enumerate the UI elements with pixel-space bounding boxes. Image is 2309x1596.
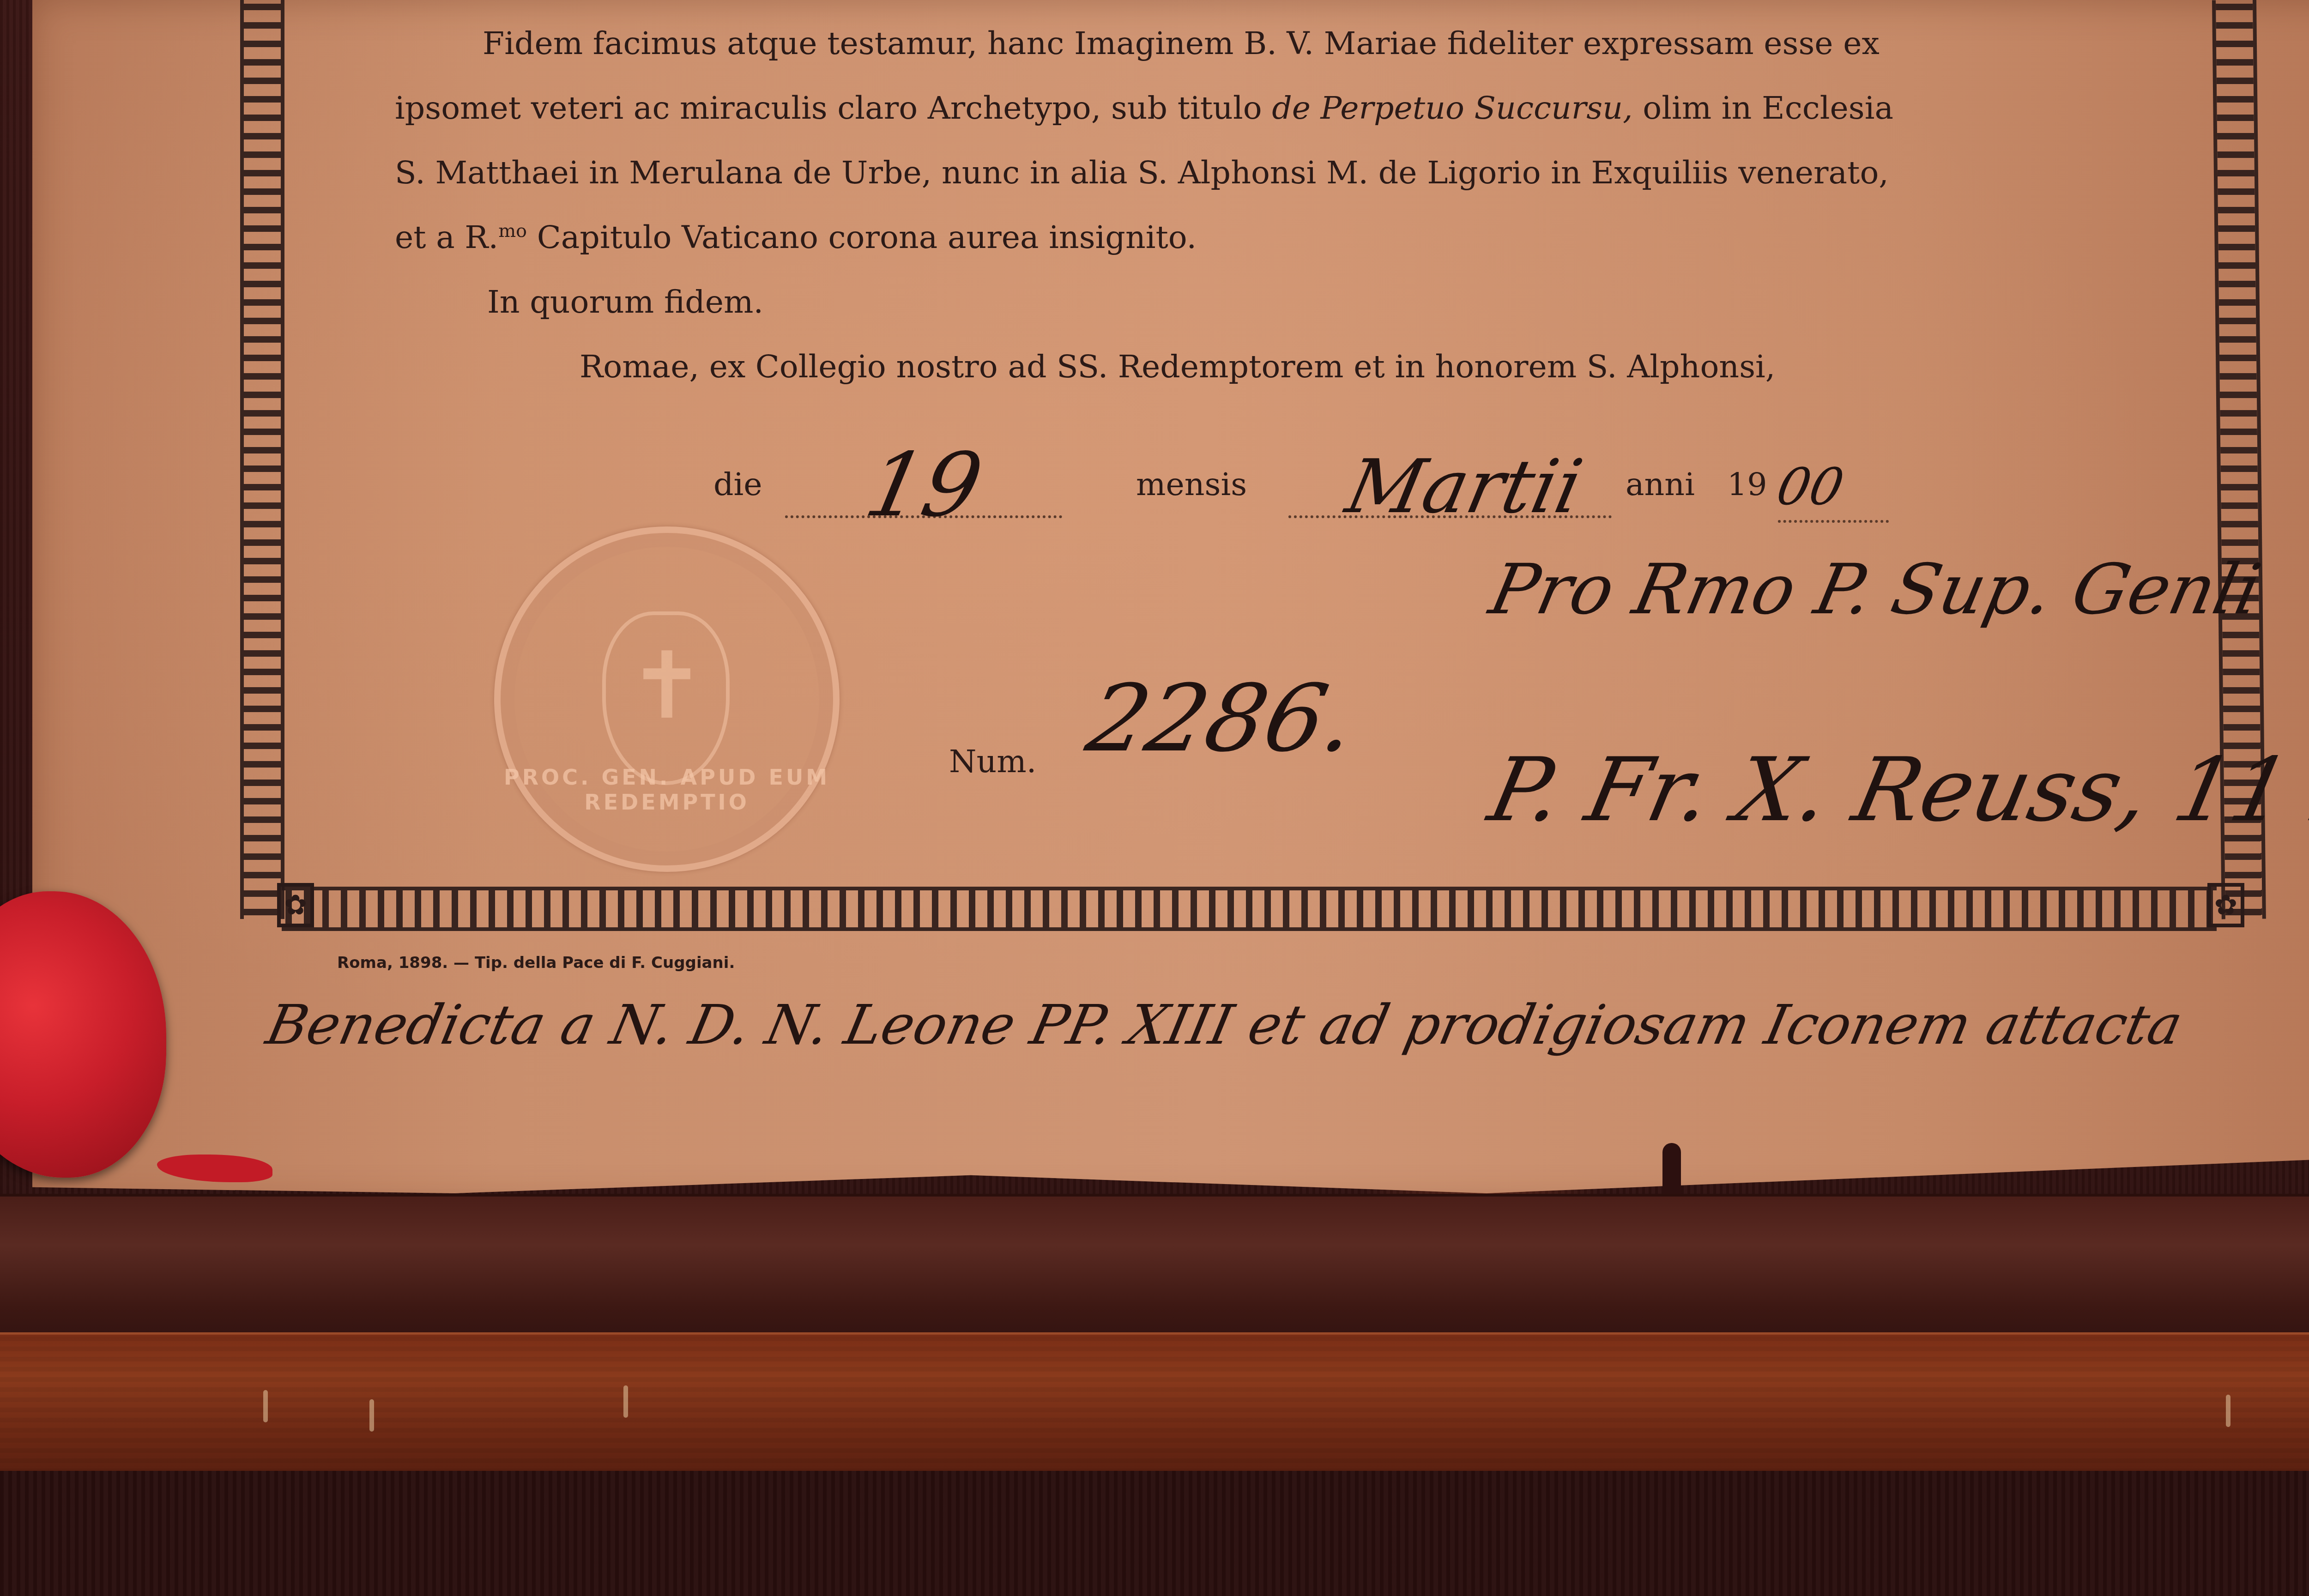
cross-icon: ✝ [628,632,706,740]
wood-scuff [263,1390,268,1422]
rosette-corner-icon: ✿ [277,883,314,927]
number-handwritten: 2286. [1078,665,1366,773]
wood-scuff [369,1399,374,1432]
date-die-label: die [713,466,762,503]
body-line-4-end: Capitulo Vaticano corona aurea insignito… [537,219,1197,256]
body-line-4-start: et a R. [395,219,498,256]
date-year-printed: 19 [1727,466,1767,503]
frame-rail-upper [0,1194,2309,1335]
body-line-3: S. Matthaei in Merulana de Urbe, nunc in… [395,155,1889,191]
signature-line-1: Pro Rmo P. Sup. Genli [1483,550,2268,630]
body-line-4: et a R.mo Capitulo Vaticano corona aurea… [395,219,1197,256]
date-month-handwritten: Martii [1339,443,1590,530]
closing-line: In quorum fidem. [487,284,763,320]
number-label: Num. [949,744,1036,780]
frame-base [0,1471,2309,1596]
printer-imprint: Roma, 1898. — Tip. della Pace di F. Cugg… [337,954,735,972]
date-day-handwritten: 19 [858,434,991,536]
body-line-1: Fidem facimus atque testamur, hanc Imagi… [483,25,1880,62]
body-line-2-end: olim in Ecclesia [1643,90,1893,127]
ornamental-border-left [240,0,284,919]
frame-rail-lower [0,1332,2309,1473]
handwritten-blessing-note: Benedicta a N. D. N. Leone PP. XIII et a… [261,993,2188,1057]
ornamental-border-bottom [282,887,2217,931]
date-mensis-label: mensis [1136,466,1247,503]
embossed-seal: ✝ PROC. GEN. APUD EUM REDEMPTIO [494,526,840,872]
body-line-4-superscript: mo [498,220,527,242]
wood-scuff [2226,1395,2230,1427]
date-year-dots [1778,494,1889,531]
date-anni-label: anni [1626,466,1695,503]
rosette-corner-icon: ✿ [2207,883,2244,927]
body-line-2-start: ipsomet veteri ac miraculis claro Archet… [395,90,1262,127]
body-line-2-title: de Perpetuo Succursu, [1272,90,1632,127]
signature-line-2: P. Fr. X. Reuss, 11 Red [1481,739,2309,841]
place-line: Romae, ex Collegio nostro ad SS. Redempt… [580,349,1775,385]
wood-scuff [623,1385,628,1418]
paper-tear-hole [1662,1143,1681,1198]
seal-legend: PROC. GEN. APUD EUM REDEMPTIO [501,765,833,815]
body-line-2: ipsomet veteri ac miraculis claro Archet… [395,90,1893,127]
